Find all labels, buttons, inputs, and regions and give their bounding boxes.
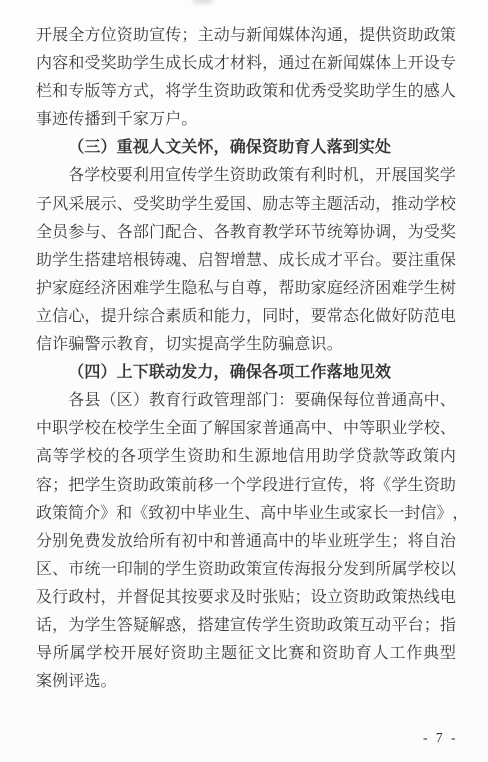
text-line: 栏和专版等方式，将学生资助政策和优秀受奖助学生的感人 xyxy=(36,78,456,106)
text-line: 事迹传播到千家万户。 xyxy=(36,106,456,134)
text-line: 子风采展示、受奖助学生爱国、励志等主题活动，推动学校 xyxy=(36,191,456,219)
text-line: 中职学校在校学生全面了解国家普通高中、中等职业学校、 xyxy=(36,415,456,443)
text-block: 开展全方位资助宣传；主动与新闻媒体沟通，提供资助政策内容和受奖助学生成长成才材料… xyxy=(36,22,456,696)
text-line: 导所属学校开展好资助主题征文比赛和资助育人工作典型 xyxy=(36,640,456,668)
heading-line: （三）重视人文关怀，确保资助育人落到实处 xyxy=(36,134,456,162)
text-line: 助学生搭建培根铸魂、启智增慧、成长成才平台。要注重保 xyxy=(36,247,456,275)
scan-artifact-smudge xyxy=(192,0,214,4)
text-line: 信诈骗警示教育，切实提高学生防骗意识。 xyxy=(36,331,456,359)
text-line: 各学校要利用宣传学生资助政策有利时机，开展国奖学 xyxy=(36,162,456,190)
page-number: - 7 - xyxy=(423,730,458,746)
text-line: 开展全方位资助宣传；主动与新闻媒体沟通，提供资助政策 xyxy=(36,22,456,50)
text-line: 政策简介》和《致初中毕业生、高中毕业生或家长一封信》， xyxy=(36,500,456,528)
text-line: 容；把学生资助政策前移一个学段进行宣传，将《学生资助 xyxy=(36,472,456,500)
text-line: 话，为学生答疑解惑，搭建宣传学生资助政策互动平台；指 xyxy=(36,612,456,640)
document-page: 开展全方位资助宣传；主动与新闻媒体沟通，提供资助政策内容和受奖助学生成长成才材料… xyxy=(0,0,488,762)
text-line: 全员参与、各部门配合、各教育教学环节统筹协调，为受奖 xyxy=(36,219,456,247)
heading-line: （四）上下联动发力，确保各项工作落地见效 xyxy=(36,359,456,387)
text-line: 高等学校的各项学生资助和生源地信用助学贷款等政策内 xyxy=(36,443,456,471)
text-line: 区、市统一印制的学生资助政策宣传海报分发到所属学校以 xyxy=(36,556,456,584)
text-line: 分别免费发放给所有初中和普通高中的毕业班学生；将自治 xyxy=(36,528,456,556)
text-line: 及行政村，并督促其按要求及时张贴；设立资助政策热线电 xyxy=(36,584,456,612)
text-line: 立信心，提升综合素质和能力，同时，要常态化做好防范电 xyxy=(36,303,456,331)
text-line: 内容和受奖助学生成长成才材料，通过在新闻媒体上开设专 xyxy=(36,50,456,78)
text-line: 案例评选。 xyxy=(36,668,456,696)
text-line: 各县（区）教育行政管理部门：要确保每位普通高中、 xyxy=(36,387,456,415)
text-line: 护家庭经济困难学生隐私与自尊，帮助家庭经济困难学生树 xyxy=(36,275,456,303)
